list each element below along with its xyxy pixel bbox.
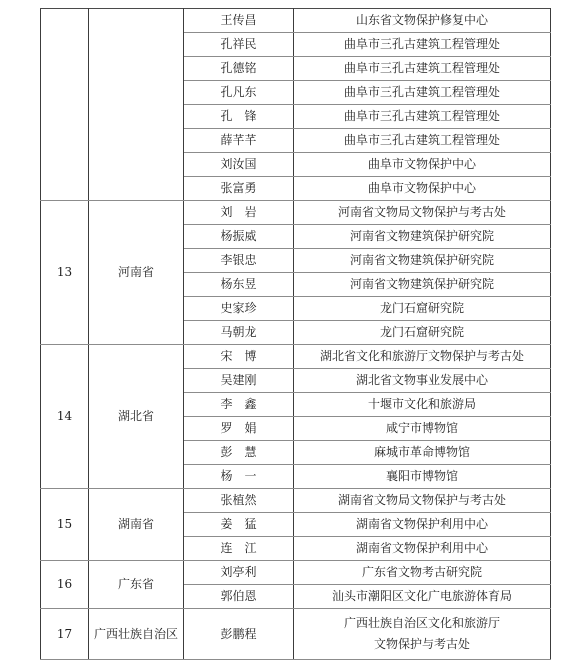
organization-cell: 曲阜市文物保护中心 <box>294 153 551 177</box>
organization-cell: 曲阜市三孔古建筑工程管理处 <box>294 105 551 129</box>
table-row: 14湖北省宋 博湖北省文化和旅游厅文物保护与考古处 <box>41 345 551 369</box>
table-row: 15湖南省张植然湖南省文物局文物保护与考古处 <box>41 489 551 513</box>
organization-cell: 湖北省文物事业发展中心 <box>294 369 551 393</box>
table-row: 13河南省刘 岩河南省文物局文物保护与考古处 <box>41 201 551 225</box>
section-number-cell: 17 <box>41 609 89 660</box>
province-cell: 湖南省 <box>89 489 184 561</box>
person-name-cell: 薛芊芊 <box>184 129 294 153</box>
roster-body: 王传昌山东省文物保护修复中心孔祥民曲阜市三孔古建筑工程管理处孔德铭曲阜市三孔古建… <box>41 9 551 660</box>
person-name-cell: 罗 娟 <box>184 417 294 441</box>
section-number-cell: 16 <box>41 561 89 609</box>
organization-cell: 曲阜市三孔古建筑工程管理处 <box>294 81 551 105</box>
organization-cell: 山东省文物保护修复中心 <box>294 9 551 33</box>
person-name-cell: 刘亭利 <box>184 561 294 585</box>
person-name-cell: 孔凡东 <box>184 81 294 105</box>
organization-cell: 湖南省文物保护利用中心 <box>294 537 551 561</box>
person-name-cell: 姜 猛 <box>184 513 294 537</box>
person-name-cell: 杨 一 <box>184 465 294 489</box>
organization-cell: 龙门石窟研究院 <box>294 297 551 321</box>
province-cell: 广东省 <box>89 561 184 609</box>
section-number-cell <box>41 9 89 201</box>
person-name-cell: 郭伯恩 <box>184 585 294 609</box>
organization-cell: 曲阜市三孔古建筑工程管理处 <box>294 57 551 81</box>
organization-cell: 曲阜市三孔古建筑工程管理处 <box>294 33 551 57</box>
organization-cell: 广西壮族自治区文化和旅游厅 文物保护与考古处 <box>294 609 551 660</box>
organization-cell: 广东省文物考古研究院 <box>294 561 551 585</box>
person-name-cell: 孔德铭 <box>184 57 294 81</box>
person-name-cell: 张富勇 <box>184 177 294 201</box>
section-number-cell: 15 <box>41 489 89 561</box>
organization-cell: 十堰市文化和旅游局 <box>294 393 551 417</box>
person-name-cell: 宋 博 <box>184 345 294 369</box>
organization-cell: 湖北省文化和旅游厅文物保护与考古处 <box>294 345 551 369</box>
organization-cell: 河南省文物建筑保护研究院 <box>294 225 551 249</box>
table-row: 王传昌山东省文物保护修复中心 <box>41 9 551 33</box>
organization-cell: 河南省文物局文物保护与考古处 <box>294 201 551 225</box>
organization-cell: 汕头市潮阳区文化广电旅游体育局 <box>294 585 551 609</box>
section-number-cell: 14 <box>41 345 89 489</box>
province-cell: 湖北省 <box>89 345 184 489</box>
organization-cell: 河南省文物建筑保护研究院 <box>294 273 551 297</box>
person-name-cell: 马朝龙 <box>184 321 294 345</box>
document-page: 王传昌山东省文物保护修复中心孔祥民曲阜市三孔古建筑工程管理处孔德铭曲阜市三孔古建… <box>0 0 587 667</box>
person-name-cell: 孔祥民 <box>184 33 294 57</box>
province-cell: 广西壮族自治区 <box>89 609 184 660</box>
person-name-cell: 彭 慧 <box>184 441 294 465</box>
organization-cell: 曲阜市三孔古建筑工程管理处 <box>294 129 551 153</box>
roster-table: 王传昌山东省文物保护修复中心孔祥民曲阜市三孔古建筑工程管理处孔德铭曲阜市三孔古建… <box>40 8 551 660</box>
organization-cell: 河南省文物建筑保护研究院 <box>294 249 551 273</box>
person-name-cell: 史家珍 <box>184 297 294 321</box>
person-name-cell: 杨东昱 <box>184 273 294 297</box>
section-number-cell: 13 <box>41 201 89 345</box>
person-name-cell: 刘汝国 <box>184 153 294 177</box>
province-cell <box>89 9 184 201</box>
person-name-cell: 王传昌 <box>184 9 294 33</box>
person-name-cell: 孔 锋 <box>184 105 294 129</box>
organization-cell: 湖南省文物局文物保护与考古处 <box>294 489 551 513</box>
person-name-cell: 李银忠 <box>184 249 294 273</box>
organization-cell: 龙门石窟研究院 <box>294 321 551 345</box>
person-name-cell: 张植然 <box>184 489 294 513</box>
organization-cell: 襄阳市博物馆 <box>294 465 551 489</box>
organization-cell: 湖南省文物保护利用中心 <box>294 513 551 537</box>
organization-cell: 咸宁市博物馆 <box>294 417 551 441</box>
person-name-cell: 彭鹏程 <box>184 609 294 660</box>
person-name-cell: 刘 岩 <box>184 201 294 225</box>
person-name-cell: 李 鑫 <box>184 393 294 417</box>
table-row: 16广东省刘亭利广东省文物考古研究院 <box>41 561 551 585</box>
organization-cell: 曲阜市文物保护中心 <box>294 177 551 201</box>
person-name-cell: 杨振威 <box>184 225 294 249</box>
province-cell: 河南省 <box>89 201 184 345</box>
person-name-cell: 连 江 <box>184 537 294 561</box>
person-name-cell: 吴建刚 <box>184 369 294 393</box>
organization-cell: 麻城市革命博物馆 <box>294 441 551 465</box>
table-row: 17广西壮族自治区彭鹏程广西壮族自治区文化和旅游厅 文物保护与考古处 <box>41 609 551 660</box>
